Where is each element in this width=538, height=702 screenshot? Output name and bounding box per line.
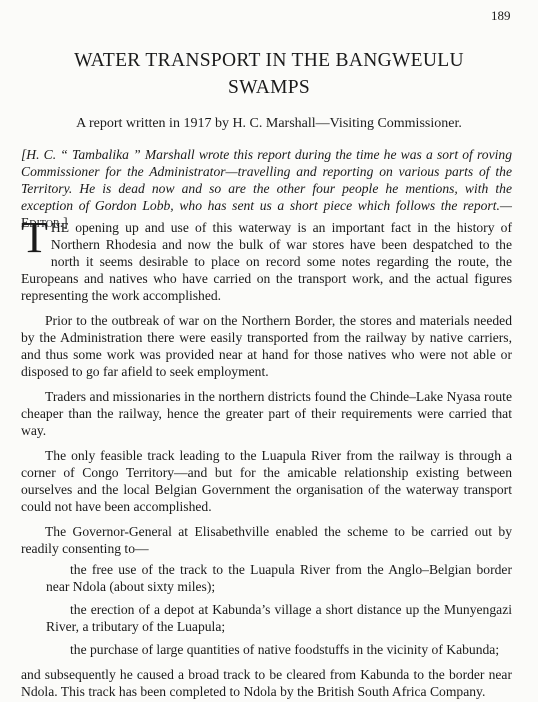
drop-cap: T <box>21 221 48 255</box>
paragraph-1: THE opening up and use of this waterway … <box>21 219 512 304</box>
paragraph-1-text: HE opening up and use of this waterway i… <box>21 220 512 303</box>
list-item: the free use of the track to the Luapula… <box>46 561 512 595</box>
paragraph-5: The Governor-General at Elisabethville e… <box>21 523 512 557</box>
paragraph-3: Traders and missionaries in the northern… <box>21 388 512 439</box>
list-item: the erection of a depot at Kabunda’s vil… <box>46 601 512 635</box>
article-body: THE opening up and use of this waterway … <box>21 219 512 700</box>
article-title: WATER TRANSPORT IN THE BANGWEULU SWAMPS <box>0 47 538 101</box>
paragraph-4: The only feasible track leading to the L… <box>21 447 512 515</box>
editor-note-text: [H. C. “ Tambalika ” Marshall wrote this… <box>21 147 512 213</box>
paragraph-6: and subsequently he caused a broad track… <box>21 666 512 700</box>
list-item: the purchase of large quantities of nati… <box>46 641 512 658</box>
article-subtitle: A report written in 1917 by H. C. Marsha… <box>0 116 538 132</box>
paragraph-2: Prior to the outbreak of war on the Nort… <box>21 312 512 380</box>
page-number: 189 <box>491 8 511 24</box>
title-line-2: SWAMPS <box>228 77 310 98</box>
title-line-1: WATER TRANSPORT IN THE BANGWEULU <box>74 50 464 71</box>
